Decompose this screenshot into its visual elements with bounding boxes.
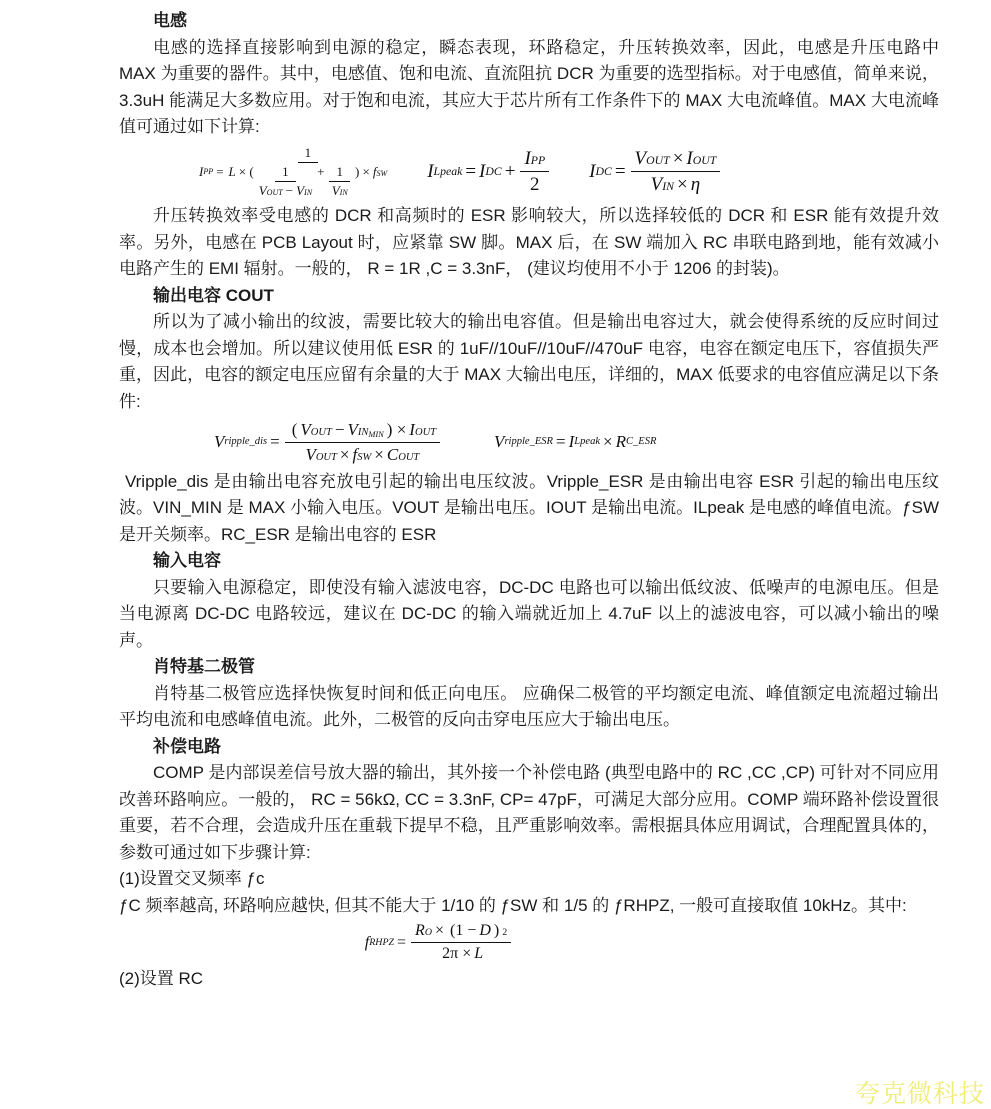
section-heading-schottky: 肖特基二极管 [119,654,939,681]
compensation-step2-title: (2)设置 RC [119,966,939,993]
cout-paragraph-2: Vripple_dis 是由输出电容充放电引起的输出电压纹波。Vripple_E… [119,469,939,549]
formula-vripple-dis: Vripple_dis=(VOUT−VINMIN) ×IOUTVOUT×fSW×… [214,419,442,465]
section-heading-inductor: 电感 [119,8,939,35]
inductor-formula-row: IPP=1L× (1VOUT−VIN+1VIN) ×fSW ILpeak=IDC… [119,145,939,200]
schottky-paragraph: 肖特基二极管应选择快恢复时间和低正向电压。 应确保二极管的平均额定电流、峰值额定… [119,681,939,734]
formula-vripple-esr: Vripple_ESR=ILpeak×RC_ESR [494,429,656,456]
document-page: 电感 电感的选择直接影响到电源的稳定，瞬态表现，环路稳定，升压转换效率，因此，电… [0,0,991,1109]
inductor-paragraph-2: 升压转换效率受电感的 DCR 和高频时的 ESR 影响较大，所以选择较低的 DC… [119,203,939,283]
document-content: 电感 电感的选择直接影响到电源的稳定，瞬态表现，环路稳定，升压转换效率，因此，电… [0,0,991,993]
frhpz-formula-row: fRHPZ=RO×(1 −D)22π ×L [119,921,759,964]
formula-ipp: IPP=1L× (1VOUT−VIN+1VIN) ×fSW [199,145,389,200]
formula-idc: IDC=VOUT×IOUTVIN×η [589,147,722,198]
inductor-paragraph-1: 电感的选择直接影响到电源的稳定，瞬态表现，环路稳定，升压转换效率，因此，电感是升… [119,35,939,141]
section-heading-cout: 输出电容 COUT [119,283,939,310]
section-heading-input-cap: 输入电容 [119,548,939,575]
watermark: 夸克微科技 [855,1081,985,1108]
compensation-step1-body: ƒC 频率越高, 环路响应越快, 但其不能大于 1/10 的 ƒSW 和 1/5… [119,893,939,920]
formula-ilpeak: ILpeak=IDC+IPP2 [427,147,551,198]
compensation-step1-title: (1)设置交叉频率 ƒc [119,866,939,893]
section-heading-compensation: 补偿电路 [119,734,939,761]
input-cap-paragraph: 只要输入电源稳定，即使没有输入滤波电容，DC-DC 电路也可以输出低纹波、低噪声… [119,575,939,655]
cout-paragraph-1: 所以为了减小输出的纹波，需要比较大的输出电容值。但是输出电容过大，就会使得系统的… [119,309,939,415]
formula-frhpz: fRHPZ=RO×(1 −D)22π ×L [365,921,513,964]
cout-formula-row: Vripple_dis=(VOUT−VINMIN) ×IOUTVOUT×fSW×… [119,419,939,465]
compensation-paragraph: COMP 是内部误差信号放大器的输出，其外接一个补偿电路 (典型电路中的 RC … [119,760,939,866]
